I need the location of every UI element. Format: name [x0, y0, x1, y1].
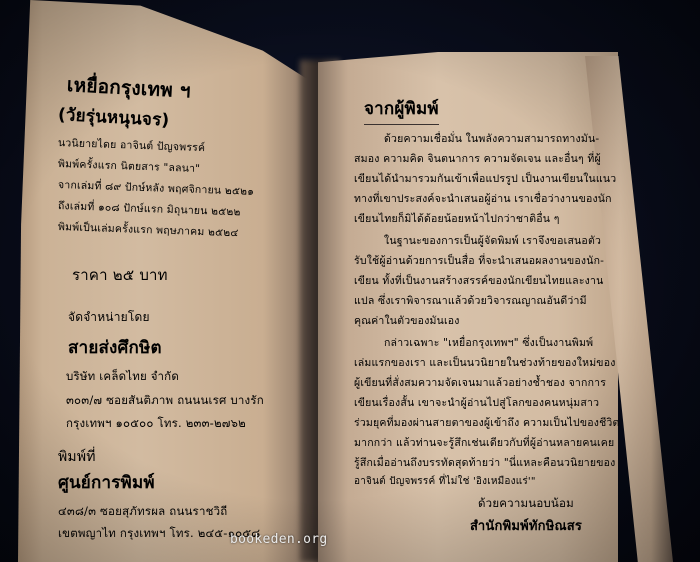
preface-line: เขียนไทยก็มิได้ด้อยน้อยหน้าไปกว่าชาติอื่… [354, 210, 560, 227]
preface-line: รู้สึกเมื่ออ่านถึงบรรทัดสุดท้ายว่า "นี่แ… [354, 454, 615, 471]
preface-line: ด้วยความเชื่อมั่น ในพลังความสามารถทางมัน… [384, 130, 599, 147]
distributor-address-line: กรุงเทพฯ ๑๐๕๐๐ โทร. ๒๓๓-๒๗๖๒ [66, 415, 246, 433]
printer-address-line: ๔๓๘/๓ ซอยสุภัทรผล ถนนราชวิถี [58, 503, 227, 521]
preface-line: ในฐานะของการเป็นผู้จัดพิมพ์ เราจึงขอเสนอ… [384, 232, 601, 249]
preface-line: มากกว่า แล้วท่านจะรู้สึกเช่นเดียวกับที่ผ… [354, 434, 614, 451]
book-title: เหยื่อกรุงเทพ ฯ [66, 70, 191, 106]
preface-line: เขียนเรื่องสั้น เขาจะนำผู้อ่านไปสู่โลกขอ… [354, 394, 599, 411]
preface-line: กล่าวเฉพาะ "เหยื่อกรุงเทพฯ" ซึ่งเป็นงานพ… [384, 334, 593, 351]
book-photo: เหยื่อกรุงเทพ ฯ (วัยรุ่นหนุนจร) นวนิยายไ… [0, 0, 700, 562]
distributor-address-line: ๓๐๓/๗ ซอยสันติภาพ ถนนนเรศ บางรัก [66, 392, 264, 410]
book-subtitle: (วัยรุ่นหนุนจร) [57, 101, 170, 134]
printer-label: พิมพ์ที่ [58, 446, 96, 468]
distributor-name: สายส่งศึกษิต [68, 334, 162, 361]
preface-line: ผู้เขียนที่สั่งสมความจัดเจนมาแล้วอย่างช้… [354, 374, 606, 391]
distributor-label: จัดจำหน่ายโดย [68, 308, 150, 327]
preface-line: เล่มแรกของเรา และเป็นนวนิยายในช่วงท้ายขอ… [354, 354, 616, 371]
watermark: bookeden.org [230, 532, 328, 547]
preface-line: เขียน ทั้งที่เป็นงานสร้างสรรค์ของนักเขีย… [354, 272, 603, 289]
preface-line: เขียนได้นำมารวมกันเข้าเพื่อแปรรูป เป็นงา… [354, 170, 616, 187]
preface-line: อาจินต์ ปัญจพรรค์ ที่ไม่ใช่ 'อิงเหมืองแร… [354, 474, 536, 489]
preface-line: แปล ซึ่งเราพิจารณาแล้วด้วยวิจารณญาณอันดี… [354, 292, 587, 309]
distributor-address-line: บริษัท เคล็ดไทย จำกัด [66, 368, 179, 386]
sign-off: ด้วยความนอบน้อม [478, 495, 574, 513]
preface-line: รับใช้ผู้อ่านด้วยการเป็นสื่อ ที่จะนำเสนอ… [354, 252, 604, 269]
preface-line: ทางที่เขาประสงค์จะนำเสนอผู้อ่าน เราเชื่อ… [354, 190, 612, 207]
preface-line: ร่วมยุคที่มองผ่านสายตาของผู้เข้าถึง ความ… [354, 414, 620, 431]
preface-heading: จากผู้พิมพ์ [364, 95, 439, 125]
preface-line: คุณค่าในตัวของมันเอง [354, 312, 460, 329]
publisher-name: สำนักพิมพ์ทักษิณสร [470, 515, 582, 536]
price: ราคา ๒๕ บาท [72, 263, 168, 287]
printer-name: ศูนย์การพิมพ์ [58, 469, 155, 496]
preface-line: สมอง ความคิด จินตนาการ ความจัดเจน และอื่… [354, 150, 601, 167]
